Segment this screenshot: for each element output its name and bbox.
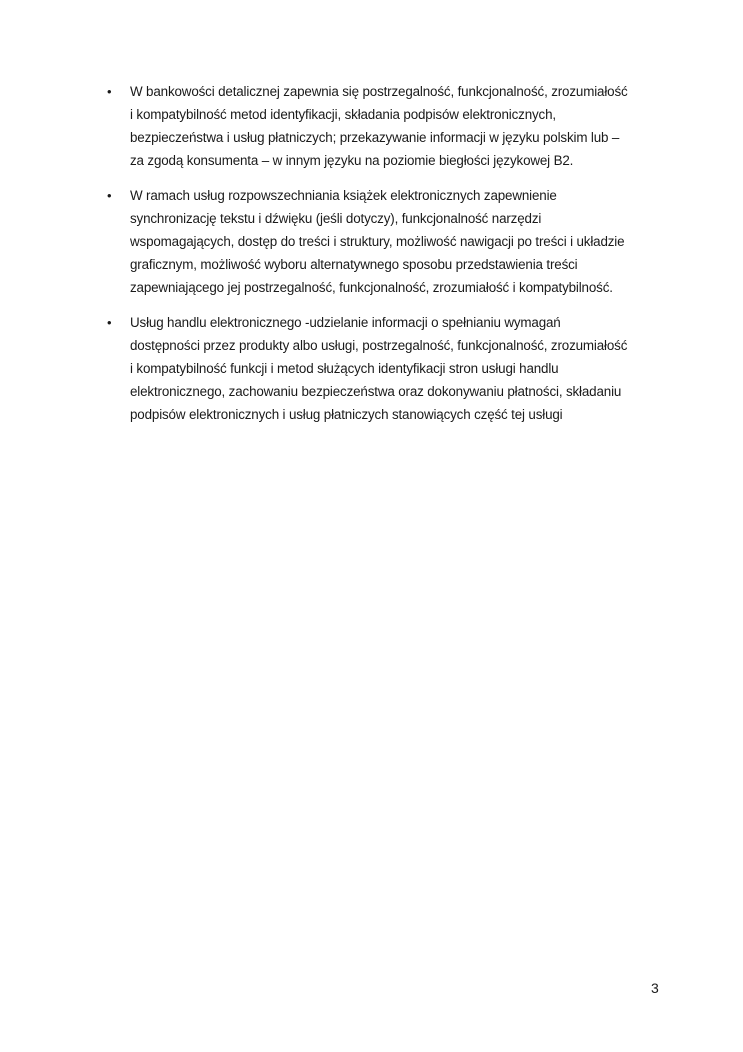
document-page: • W bankowości detalicznej zapewnia się …	[0, 0, 743, 1052]
text-line: bezpieczeństwa i usług płatniczych; prze…	[130, 126, 664, 149]
text-line: za zgodą konsumenta – w innym języku na …	[130, 149, 664, 172]
text-line: synchronizację tekstu i dźwięku (jeśli d…	[130, 207, 664, 230]
text-line: i kompatybilność funkcji i metod służący…	[130, 357, 664, 380]
text-line: dostępności przez produkty albo usługi, …	[130, 334, 664, 357]
text-line: graficznym, możliwość wyboru alternatywn…	[130, 253, 664, 276]
bullet-text: Usług handlu elektronicznego -udzielanie…	[130, 311, 664, 426]
text-line: W bankowości detalicznej zapewnia się po…	[130, 80, 664, 103]
bullet-text: W bankowości detalicznej zapewnia się po…	[130, 80, 664, 172]
bullet-list: • W bankowości detalicznej zapewnia się …	[104, 80, 664, 438]
text-line: Usług handlu elektronicznego -udzielanie…	[130, 311, 664, 334]
text-line: i kompatybilność metod identyfikacji, sk…	[130, 103, 664, 126]
text-line: podpisów elektronicznych i usług płatnic…	[130, 403, 664, 426]
bullet-icon: •	[107, 80, 111, 103]
bullet-item-banking: • W bankowości detalicznej zapewnia się …	[104, 80, 664, 172]
bullet-item-ebooks: • W ramach usług rozpowszechniania książ…	[104, 184, 664, 299]
bullet-item-ecommerce: • Usług handlu elektronicznego -udzielan…	[104, 311, 664, 426]
text-line: zapewniającego jej postrzegalność, funkc…	[130, 276, 664, 299]
bullet-icon: •	[107, 311, 111, 334]
bullet-icon: •	[107, 184, 111, 207]
text-line: W ramach usług rozpowszechniania książek…	[130, 184, 664, 207]
bullet-text: W ramach usług rozpowszechniania książek…	[130, 184, 664, 299]
text-line: elektronicznego, zachowaniu bezpieczeńst…	[130, 380, 664, 403]
page-number: 3	[651, 979, 659, 997]
text-line: wspomagających, dostęp do treści i struk…	[130, 230, 664, 253]
